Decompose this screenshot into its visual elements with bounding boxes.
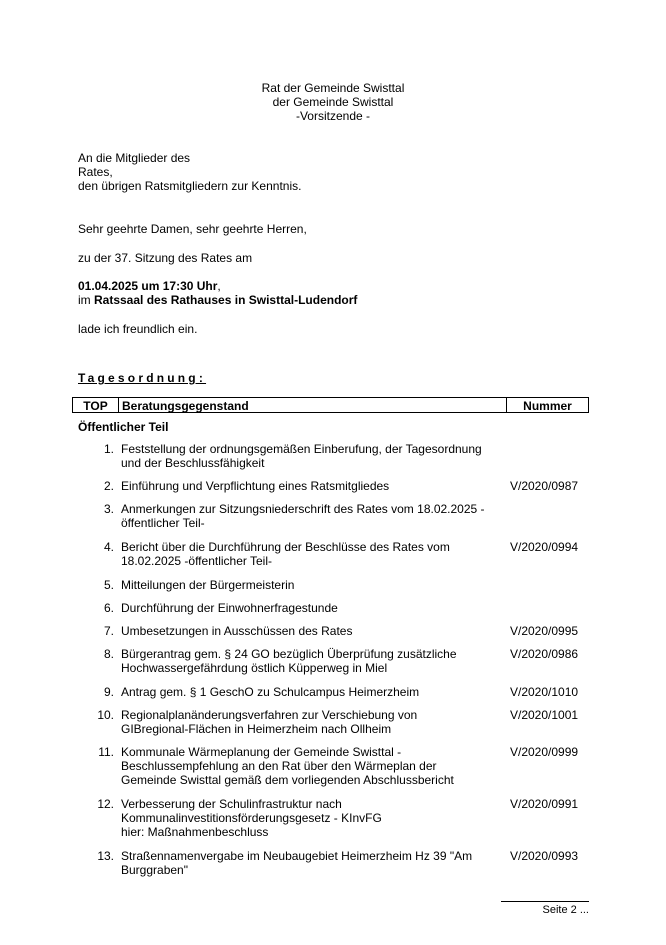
agenda-item-number: 3. bbox=[104, 502, 114, 516]
agenda-item-subject-line: Bericht über die Durchführung der Beschl… bbox=[121, 540, 501, 554]
agenda-item-subject-line: und der Beschlussfähigkeit bbox=[121, 456, 501, 470]
page-continuation: Seite 2 ... bbox=[543, 904, 589, 916]
agenda-item-subject: Einführung und Verpflichtung eines Ratsm… bbox=[121, 479, 501, 493]
agenda-item-reference: V/2020/0994 bbox=[510, 540, 578, 554]
agenda-item-reference: V/2020/0999 bbox=[510, 745, 578, 759]
agenda-item-number: 10. bbox=[97, 708, 114, 722]
agenda-item-reference: V/2020/0986 bbox=[510, 647, 578, 661]
agenda-item-subject: Straßennamenvergabe im Neubaugebiet Heim… bbox=[121, 849, 501, 877]
agenda-item-subject: Anmerkungen zur Sitzungsniederschrift de… bbox=[121, 502, 501, 530]
letterhead-line-2: der Gemeinde Swisttal bbox=[0, 95, 666, 109]
agenda-item-subject-line: 18.02.2025 -öffentlicher Teil- bbox=[121, 554, 501, 568]
recipients-line-1: An die Mitglieder des bbox=[78, 151, 301, 165]
salutation: Sehr geehrte Damen, sehr geehrte Herren, bbox=[78, 222, 307, 236]
agenda-item-subject: Umbesetzungen in Ausschüssen des Rates bbox=[121, 624, 501, 638]
agenda-item-subject-line: Regionalplanänderungsverfahren zur Versc… bbox=[121, 708, 501, 722]
column-header-number: Nummer bbox=[507, 398, 588, 412]
agenda-item-reference: V/2020/0993 bbox=[510, 849, 578, 863]
agenda-item-number: 5. bbox=[104, 578, 114, 592]
location-prefix: im bbox=[78, 293, 94, 307]
agenda-item-subject-line: Einführung und Verpflichtung eines Ratsm… bbox=[121, 479, 501, 493]
agenda-item-subject: Regionalplanänderungsverfahren zur Versc… bbox=[121, 708, 501, 736]
agenda-item-subject: Verbesserung der Schulinfrastruktur nach… bbox=[121, 797, 501, 839]
agenda-item-subject: Bericht über die Durchführung der Beschl… bbox=[121, 540, 501, 568]
agenda-item-number: 4. bbox=[104, 540, 114, 554]
agenda-item-subject-line: Gemeinde Swisttal gemäß dem vorliegenden… bbox=[121, 773, 501, 787]
agenda-item-reference: V/2020/0995 bbox=[510, 624, 578, 638]
agenda-item-subject-line: Burggraben" bbox=[121, 863, 501, 877]
agenda-item-reference: V/2020/0991 bbox=[510, 797, 578, 811]
column-header-subject: Beratungsgegenstand bbox=[119, 398, 507, 412]
agenda-item-subject: Kommunale Wärmeplanung der Gemeinde Swis… bbox=[121, 745, 501, 787]
meeting-date-time: 01.04.2025 um 17:30 Uhr bbox=[78, 279, 217, 293]
agenda-item-subject-line: Verbesserung der Schulinfrastruktur nach bbox=[121, 797, 501, 811]
agenda-item-subject-line: Beschlussempfehlung an den Rat über den … bbox=[121, 759, 501, 773]
closing-text: lade ich freundlich ein. bbox=[78, 322, 197, 336]
agenda-item-number: 11. bbox=[98, 745, 114, 759]
agenda-item-number: 1. bbox=[104, 442, 114, 456]
agenda-item-subject-line: Mitteilungen der Bürgermeisterin bbox=[121, 578, 501, 592]
agenda-item-reference: V/2020/0987 bbox=[510, 479, 578, 493]
section-public: Öffentlicher Teil bbox=[78, 420, 168, 434]
agenda-item-subject-line: Umbesetzungen in Ausschüssen des Rates bbox=[121, 624, 501, 638]
intro-text: zu der 37. Sitzung des Rates am bbox=[78, 251, 252, 265]
agenda-item-reference: V/2020/1010 bbox=[510, 685, 578, 699]
agenda-item-number: 9. bbox=[104, 685, 114, 699]
letterhead: Rat der Gemeinde Swisttal der Gemeinde S… bbox=[0, 81, 666, 123]
agenda-item-subject-line: Antrag gem. § 1 GeschO zu Schulcampus He… bbox=[121, 685, 501, 699]
agenda-item-subject-line: Feststellung der ordnungsgemäßen Einberu… bbox=[121, 442, 501, 456]
recipients-block: An die Mitglieder des Rates, den übrigen… bbox=[78, 151, 301, 193]
agenda-title: Tagesordnung: bbox=[78, 371, 206, 385]
agenda-item-subject-line: Kommunalinvestitionsförderungsgesetz - K… bbox=[121, 811, 501, 825]
agenda-item-subject: Antrag gem. § 1 GeschO zu Schulcampus He… bbox=[121, 685, 501, 699]
meeting-location-line: im Ratssaal des Rathauses in Swisttal-Lu… bbox=[78, 293, 357, 307]
agenda-item-number: 8. bbox=[104, 647, 114, 661]
agenda-table-header: TOP Beratungsgegenstand Nummer bbox=[72, 397, 589, 413]
document-page: Rat der Gemeinde Swisttal der Gemeinde S… bbox=[0, 0, 666, 945]
agenda-item-subject-line: hier: Maßnahmenbeschluss bbox=[121, 825, 501, 839]
agenda-item-subject: Bürgerantrag gem. § 24 GO bezüglich Über… bbox=[121, 647, 501, 675]
agenda-item-number: 13. bbox=[97, 849, 114, 863]
agenda-item-number: 7. bbox=[104, 624, 114, 638]
agenda-item-subject-line: GIBregional-Flächen in Heimerzheim nach … bbox=[121, 722, 501, 736]
recipients-line-2: Rates, bbox=[78, 165, 301, 179]
recipients-line-3: den übrigen Ratsmitgliedern zur Kenntnis… bbox=[78, 179, 301, 193]
letterhead-line-1: Rat der Gemeinde Swisttal bbox=[0, 81, 666, 95]
date-suffix: , bbox=[217, 279, 220, 293]
letterhead-line-3: -Vorsitzende - bbox=[0, 109, 666, 123]
agenda-item-subject-line: öffentlicher Teil- bbox=[121, 516, 501, 530]
meeting-location: Ratssaal des Rathauses in Swisttal-Luden… bbox=[94, 293, 357, 307]
agenda-item-subject: Durchführung der Einwohnerfragestunde bbox=[121, 601, 501, 615]
agenda-item-subject-line: Bürgerantrag gem. § 24 GO bezüglich Über… bbox=[121, 647, 501, 661]
agenda-item-number: 12. bbox=[97, 797, 114, 811]
agenda-item-subject-line: Anmerkungen zur Sitzungsniederschrift de… bbox=[121, 502, 501, 516]
agenda-item-subject-line: Durchführung der Einwohnerfragestunde bbox=[121, 601, 501, 615]
meeting-date-line: 01.04.2025 um 17:30 Uhr, bbox=[78, 279, 221, 293]
agenda-item-subject-line: Straßennamenvergabe im Neubaugebiet Heim… bbox=[121, 849, 501, 863]
column-header-top: TOP bbox=[73, 398, 119, 412]
agenda-item-subject: Mitteilungen der Bürgermeisterin bbox=[121, 578, 501, 592]
agenda-item-subject: Feststellung der ordnungsgemäßen Einberu… bbox=[121, 442, 501, 470]
agenda-item-subject-line: Hochwassergefährdung östlich Küpperweg i… bbox=[121, 661, 501, 675]
agenda-item-subject-line: Kommunale Wärmeplanung der Gemeinde Swis… bbox=[121, 745, 501, 759]
footer-rule bbox=[501, 901, 589, 902]
agenda-item-reference: V/2020/1001 bbox=[510, 708, 578, 722]
agenda-item-number: 6. bbox=[104, 601, 114, 615]
agenda-item-number: 2. bbox=[104, 479, 114, 493]
